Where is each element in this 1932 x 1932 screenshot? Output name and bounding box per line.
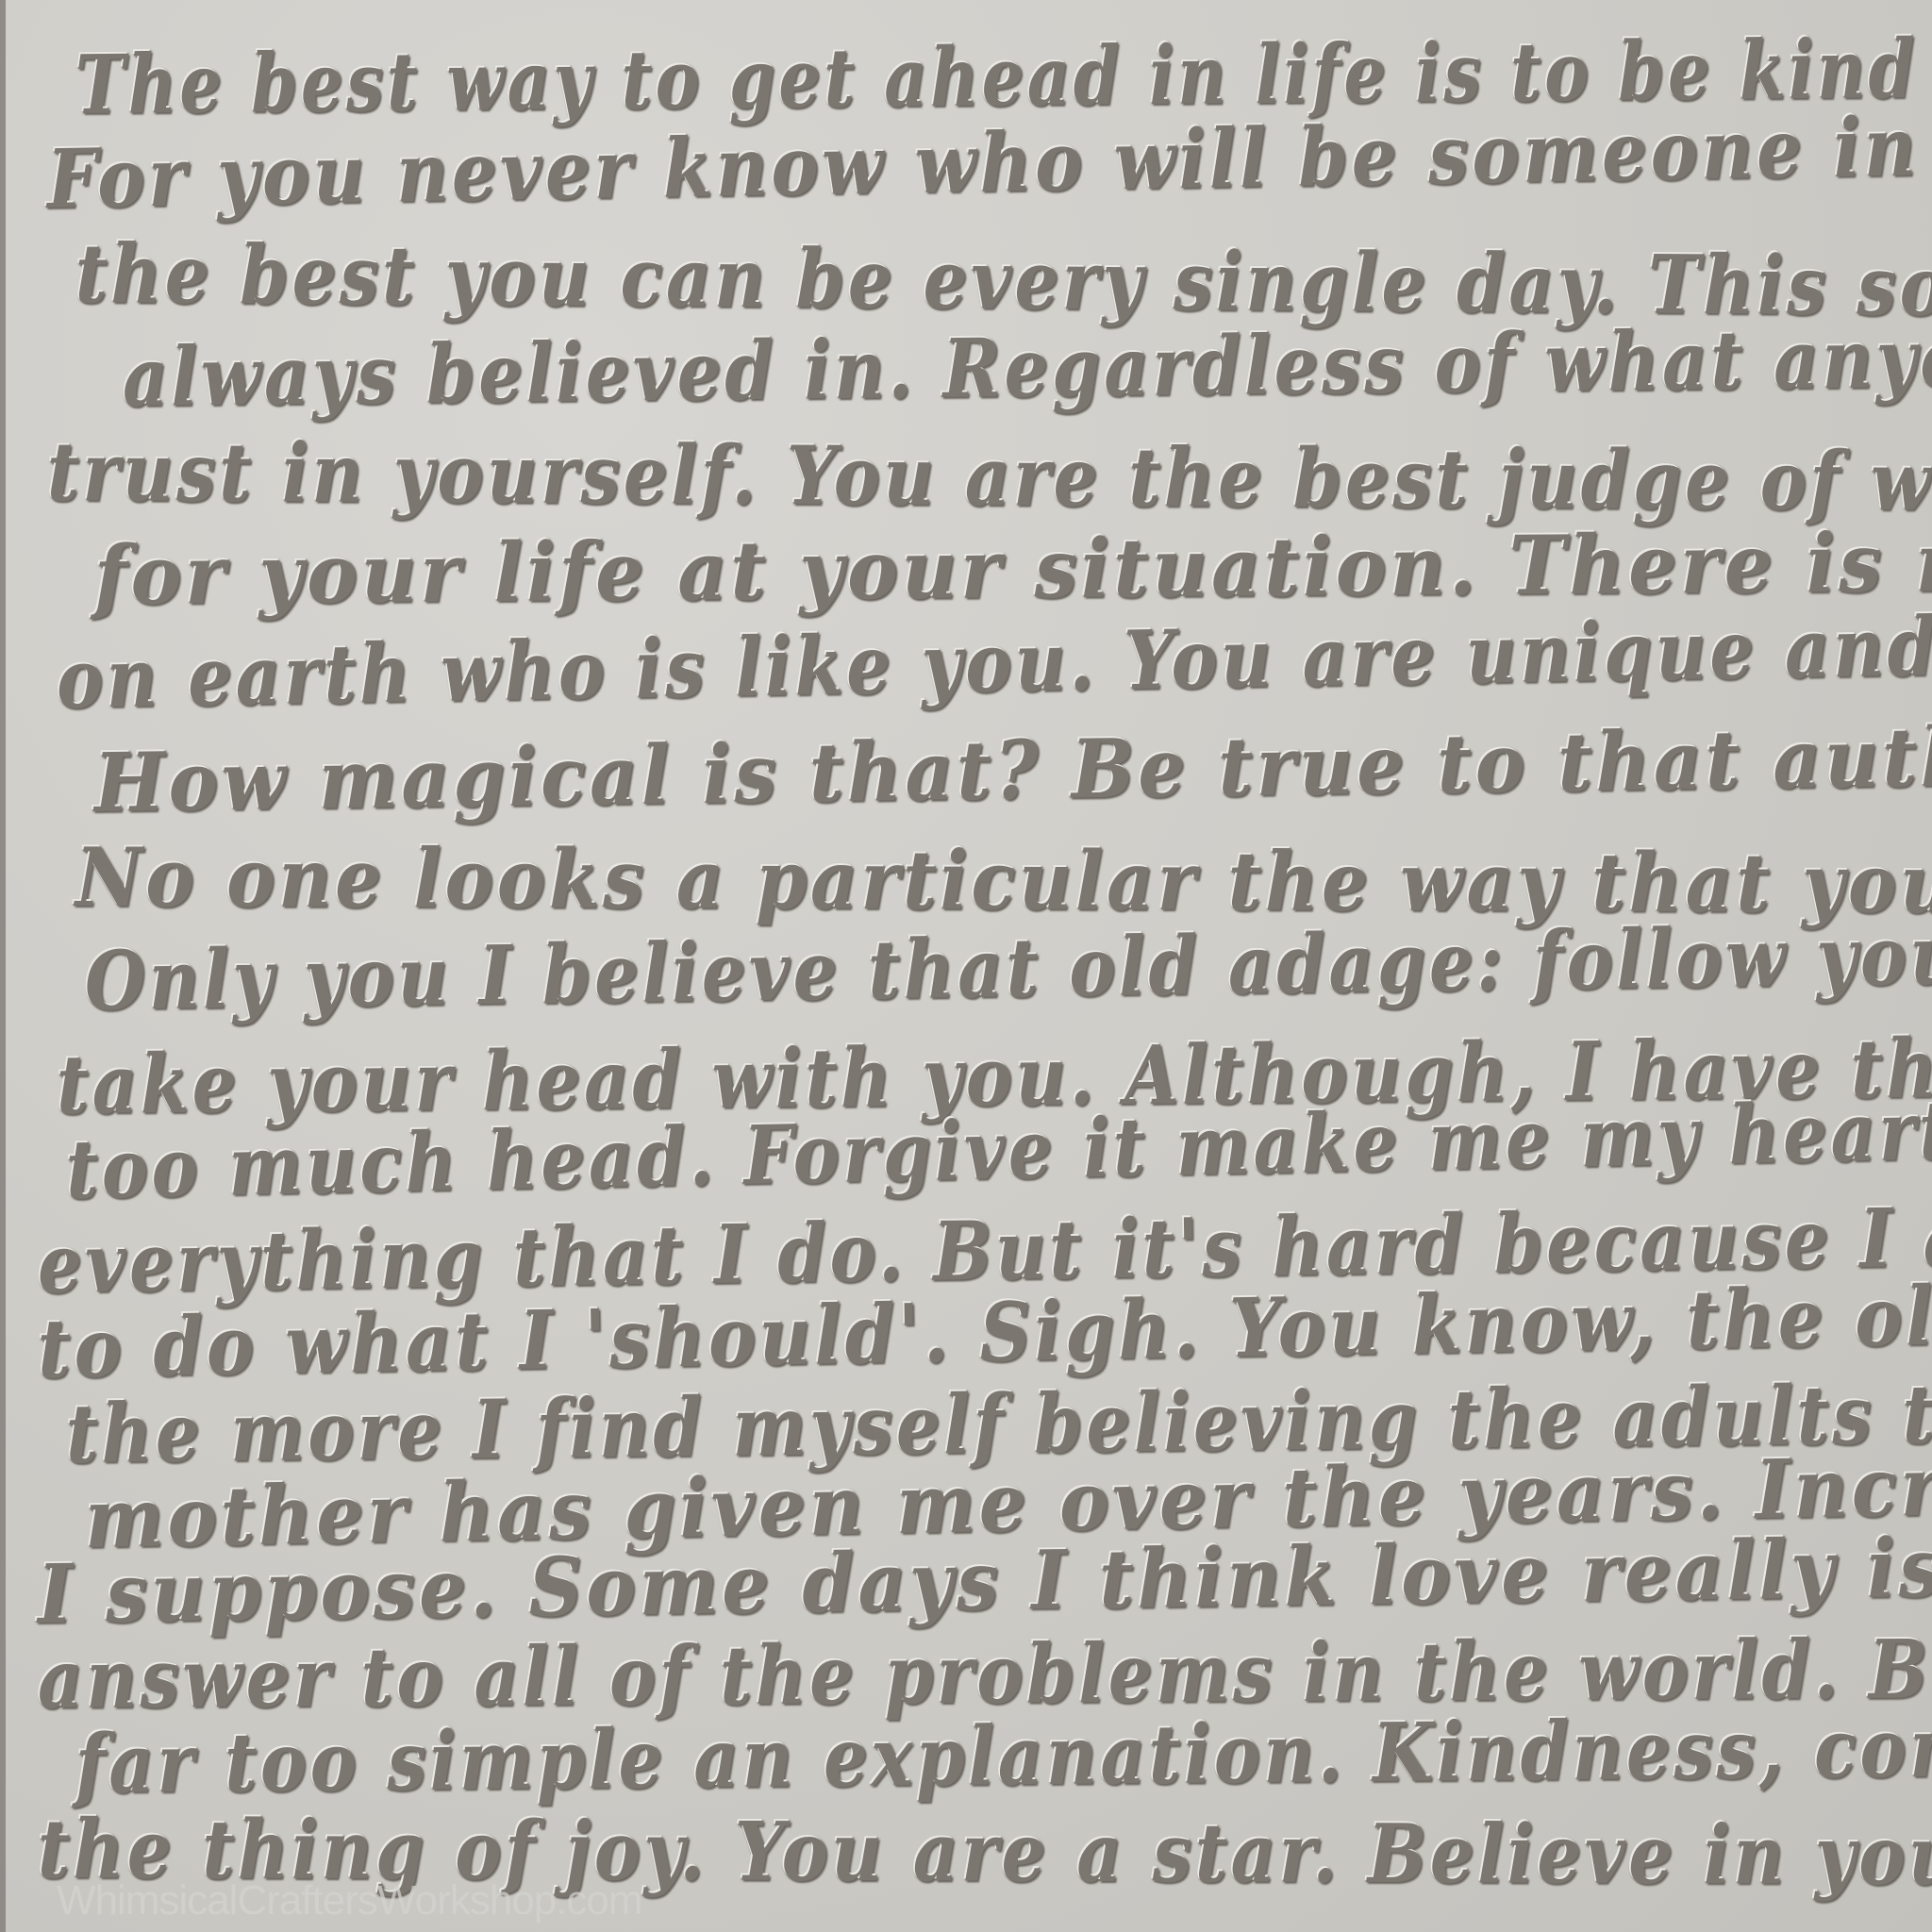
stencil-line: trust in yourself. You are the best judg… <box>47 425 1932 533</box>
stencil-sheet: The best way to get ahead in life is to … <box>0 0 1932 1932</box>
watermark-text: WhimsicalCraftersWorkshop.com <box>57 1877 642 1924</box>
sheet-left-edge <box>0 0 6 1932</box>
stencil-line: far too simple an explanation. Kindness,… <box>75 1696 1932 1812</box>
stencil-line: How magical is that? Be true to that aut… <box>93 705 1932 831</box>
